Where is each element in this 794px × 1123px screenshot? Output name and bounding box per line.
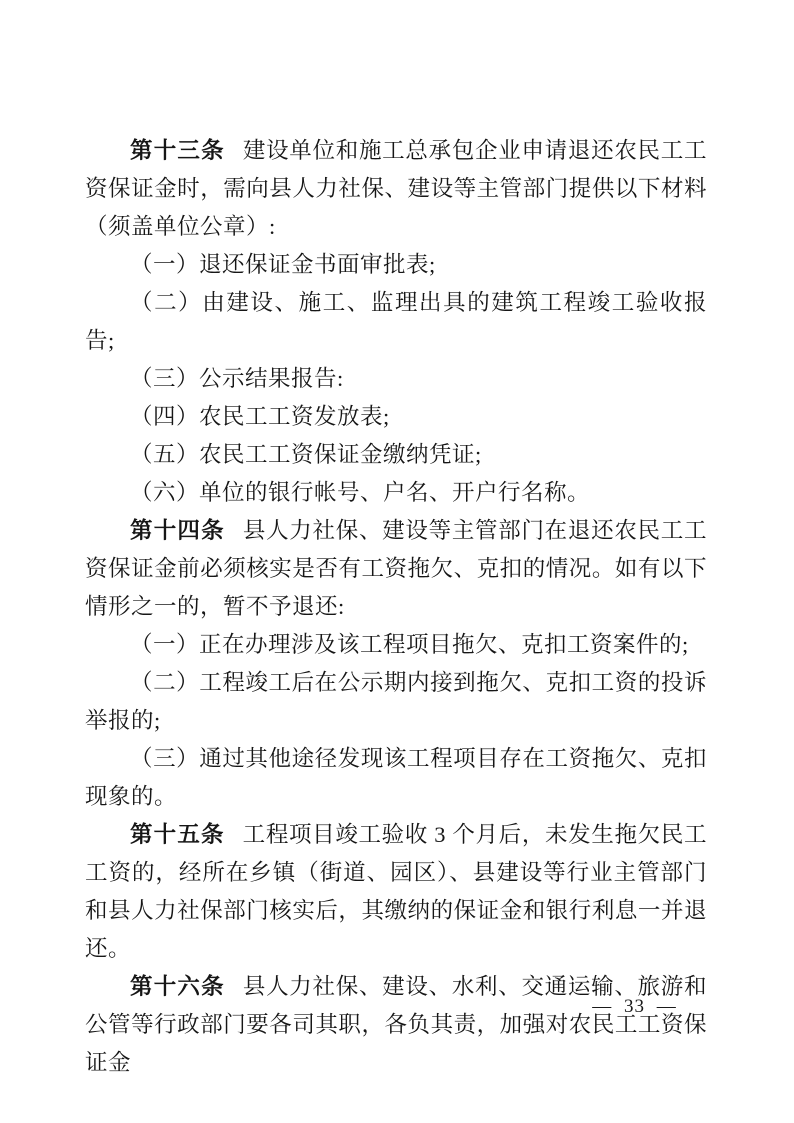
article-16-label: 第十六条 [130,974,225,999]
article-13-label: 第十三条 [130,138,225,163]
list-item-14-1: （一）正在办理涉及该工程项目拖欠、克扣工资案件的; [85,626,707,664]
list-item-13-4: （四）农民工工资发放表; [85,398,707,436]
list-item-14-3: （三）通过其他途径发现该工程项目存在工资拖欠、克扣现象的。 [85,740,707,816]
document-page: 第十三条建设单位和施工总承包企业申请退还农民工工资保证金时，需向县人力社保、建设… [0,0,794,1123]
list-item-13-3: （三）公示结果报告: [85,360,707,398]
article-paragraph-13: 第十三条建设单位和施工总承包企业申请退还农民工工资保证金时，需向县人力社保、建设… [85,132,707,246]
list-item-13-6: （六）单位的银行帐号、户名、开户行名称。 [85,474,707,512]
document-body: 第十三条建设单位和施工总承包企业申请退还农民工工资保证金时，需向县人力社保、建设… [85,132,707,1082]
page-number: — 33 — [592,996,677,1017]
article-paragraph-14: 第十四条县人力社保、建设等主管部门在退还农民工工资保证金前必须核实是否有工资拖欠… [85,512,707,626]
list-item-14-2: （二）工程竣工后在公示期内接到拖欠、克扣工资的投诉举报的; [85,664,707,740]
article-15-label: 第十五条 [130,822,225,847]
article-paragraph-16: 第十六条县人力社保、建设、水利、交通运输、旅游和公管等行政部门要各司其职，各负其… [85,968,707,1082]
page-footer: — 33 — [552,996,717,1018]
list-item-13-1: （一）退还保证金书面审批表; [85,246,707,284]
list-item-13-5: （五）农民工工资保证金缴纳凭证; [85,436,707,474]
list-item-13-2: （二）由建设、施工、监理出具的建筑工程竣工验收报告; [85,284,707,360]
article-paragraph-15: 第十五条工程项目竣工验收 3 个月后，未发生拖欠民工工资的，经所在乡镇（街道、园… [85,816,707,968]
article-14-label: 第十四条 [130,518,225,543]
